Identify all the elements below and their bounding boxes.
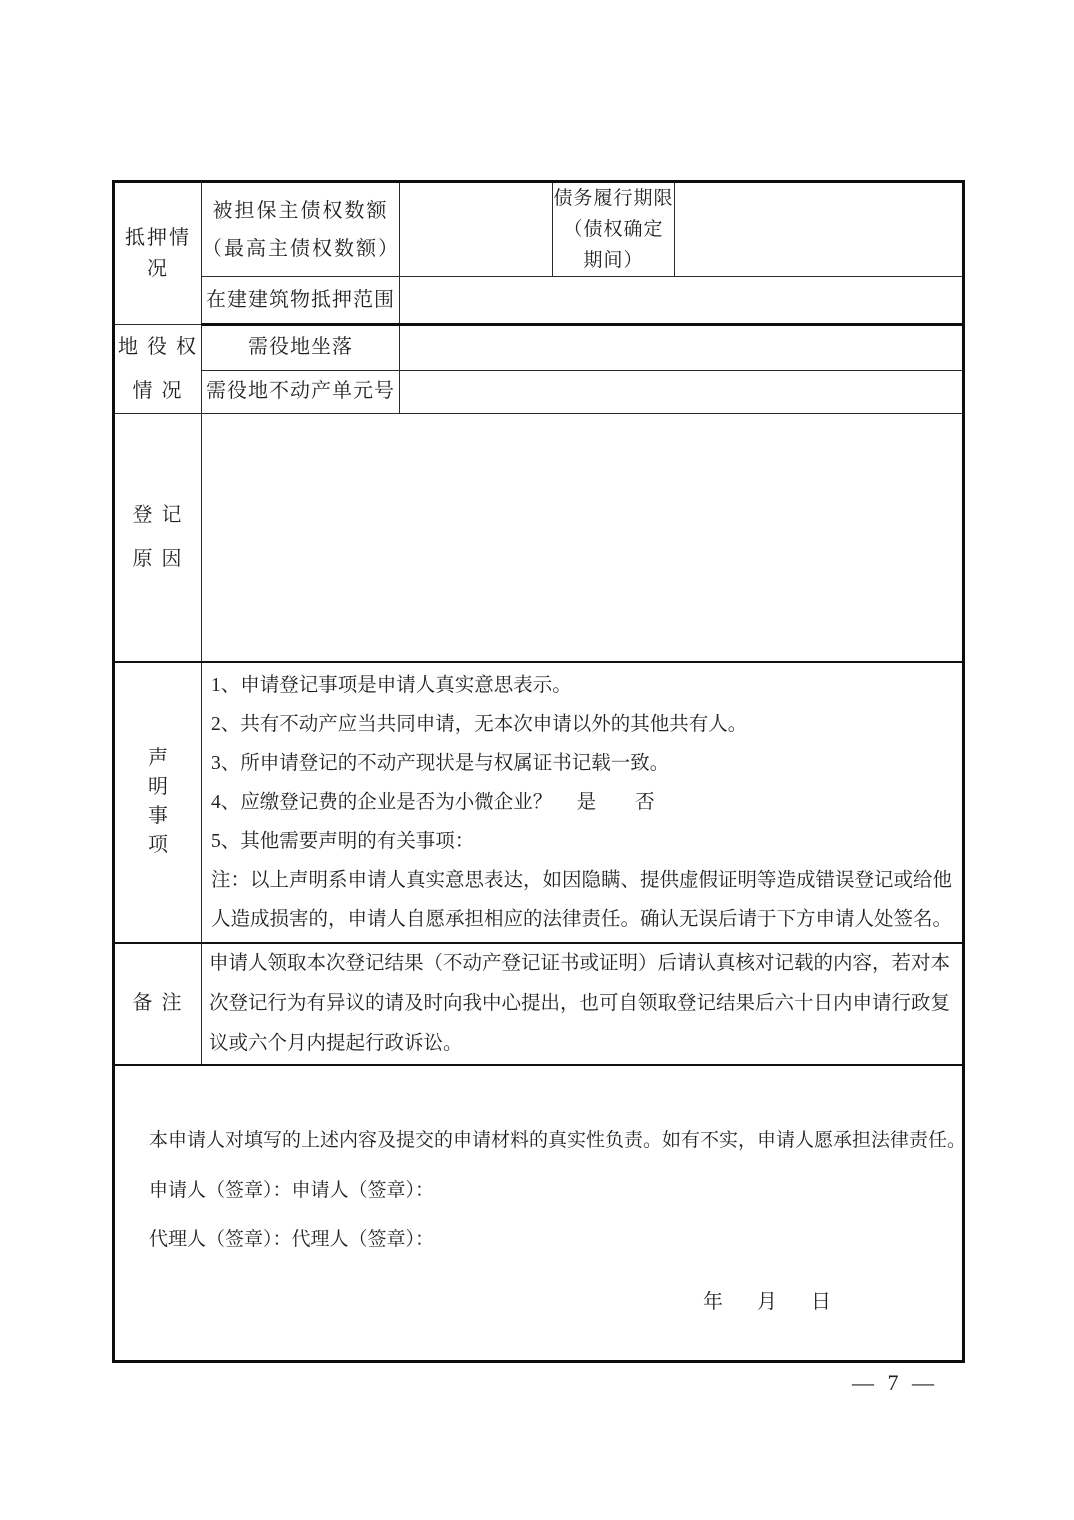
- debt-term-label-line2: （债权确定: [553, 214, 674, 245]
- registration-reason-label-line1: 登 记: [115, 493, 201, 537]
- secured-claim-value-cell: [400, 182, 553, 277]
- remarks-section-label: 备 注: [114, 943, 202, 1065]
- table-row: 地 役 权 情 况 需役地坐落: [114, 325, 964, 371]
- dominant-land-location-value-cell: [400, 325, 964, 371]
- declaration-item-4: 4、应缴登记费的企业是否为小微企业？ 是 否: [211, 783, 956, 822]
- debt-term-label-line1: 债务履行期限: [553, 183, 674, 214]
- declarations-content-cell: 1、申请登记事项是申请人真实意思表示。 2、共有不动产应当共同申请，无本次申请以…: [202, 662, 964, 943]
- applicant-signature-line: 申请人（签章）：申请人（签章）：: [149, 1176, 434, 1205]
- declaration-item-3: 3、所申请登记的不动产现状是与权属证书记载一致。: [211, 744, 956, 783]
- responsibility-statement: 本申请人对填写的上述内容及提交的申请材料的真实性负责。如有不实，申请人愿承担法律…: [149, 1126, 964, 1155]
- page-number: — 7 —: [852, 1370, 938, 1396]
- table-row: 需役地不动产单元号: [114, 370, 964, 413]
- declaration-item-1: 1、申请登记事项是申请人真实意思表示。: [211, 666, 956, 705]
- construction-scope-value-cell: [400, 277, 964, 325]
- declaration-item-2: 2、共有不动产应当共同申请，无本次申请以外的其他共有人。: [211, 705, 956, 744]
- table-row: 备 注 申请人领取本次登记结果（不动产登记证书或证明）后请认真核对记载的内容，若…: [114, 943, 964, 1065]
- remarks-content-cell: 申请人领取本次登记结果（不动产登记证书或证明）后请认真核对记载的内容，若对本次登…: [202, 943, 964, 1065]
- mortgage-section-label-text: 抵押情况: [125, 227, 191, 280]
- table-row: 本申请人对填写的上述内容及提交的申请材料的真实性负责。如有不实，申请人愿承担法律…: [114, 1065, 964, 1362]
- declarations-label-char-2: 明: [115, 773, 201, 802]
- registration-reason-label: 登 记 原 因: [114, 414, 202, 662]
- easement-section-label: 地 役 权 情 况: [114, 325, 202, 414]
- registration-reason-value-cell: [202, 414, 964, 662]
- signoff-cell: 本申请人对填写的上述内容及提交的申请材料的真实性负责。如有不实，申请人愿承担法律…: [114, 1065, 964, 1362]
- table-row: 在建建筑物抵押范围: [114, 277, 964, 325]
- mortgage-section-label: 抵押情况: [114, 182, 202, 325]
- easement-section-label-line1: 地 役 权: [115, 325, 201, 369]
- easement-section-label-line2: 情 况: [115, 369, 201, 413]
- table-row: 抵押情况 被担保主债权数额 （最高主债权数额） 债务履行期限 （债权确定 期间）: [114, 182, 964, 277]
- dominant-land-unit-value-cell: [400, 370, 964, 413]
- application-form-table: 抵押情况 被担保主债权数额 （最高主债权数额） 债务履行期限 （债权确定 期间）…: [112, 180, 965, 1363]
- dominant-land-unit-label: 需役地不动产单元号: [202, 370, 400, 413]
- construction-scope-label: 在建建筑物抵押范围: [202, 277, 400, 325]
- declaration-item-5: 5、其他需要声明的有关事项：: [211, 822, 956, 861]
- registration-reason-label-line2: 原 因: [115, 537, 201, 581]
- secured-claim-label-line2: （最高主债权数额）: [202, 230, 399, 268]
- dominant-land-location-label: 需役地坐落: [202, 325, 400, 371]
- document-page: 抵押情况 被担保主债权数额 （最高主债权数额） 债务履行期限 （债权确定 期间）…: [0, 0, 1074, 1520]
- declarations-label-char-3: 事: [115, 802, 201, 831]
- table-row: 声 明 事 项 1、申请登记事项是申请人真实意思表示。 2、共有不动产应当共同申…: [114, 662, 964, 943]
- declarations-section-label: 声 明 事 项: [114, 662, 202, 943]
- table-row: 登 记 原 因: [114, 414, 964, 662]
- debt-term-value-cell: [675, 182, 964, 277]
- declaration-note: 注：以上声明系申请人真实意思表达，如因隐瞒、提供虚假证明等造成错误登记或给他人造…: [211, 861, 956, 939]
- declarations-label-char-4: 项: [115, 831, 201, 860]
- agent-signature-line: 代理人（签章）：代理人（签章）：: [149, 1225, 434, 1254]
- secured-claim-label: 被担保主债权数额 （最高主债权数额）: [202, 182, 400, 277]
- secured-claim-label-line1: 被担保主债权数额: [202, 192, 399, 230]
- debt-term-label-line3: 期间）: [553, 245, 674, 276]
- date-line: 年 月 日: [703, 1287, 834, 1318]
- debt-term-label: 债务履行期限 （债权确定 期间）: [553, 182, 675, 277]
- declarations-label-char-1: 声: [115, 744, 201, 773]
